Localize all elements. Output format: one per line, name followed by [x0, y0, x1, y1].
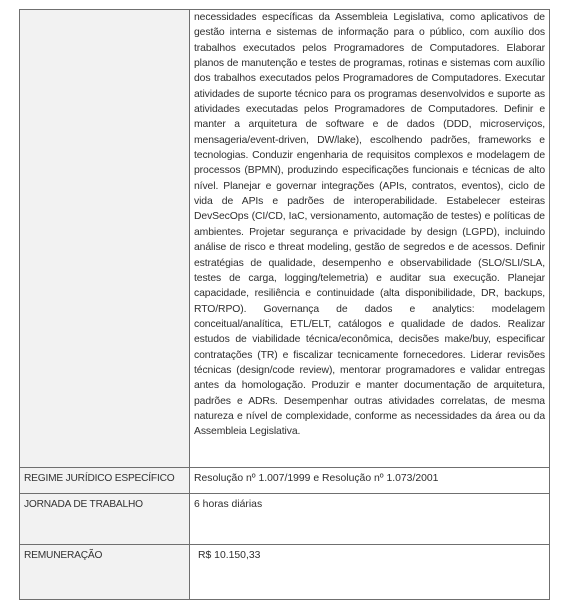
row-label-jornada: JORNADA DE TRABALHO	[20, 494, 190, 545]
row-value-regime: Resolução nº 1.007/1999 e Resolução nº 1…	[190, 468, 550, 494]
table-row-description: necessidades específicas da Assembleia L…	[20, 10, 550, 468]
remuneracao-value-text: R$ 10.150,33	[190, 545, 549, 561]
row-label-regime: REGIME JURÍDICO ESPECÍFICO	[20, 468, 190, 494]
regime-value-text: Resolução nº 1.007/1999 e Resolução nº 1…	[190, 468, 549, 484]
row-label-empty	[20, 10, 190, 468]
job-details-table: necessidades específicas da Assembleia L…	[19, 9, 550, 600]
duties-description-text: necessidades específicas da Assembleia L…	[190, 10, 549, 442]
table-row-jornada: JORNADA DE TRABALHO 6 horas diárias	[20, 494, 550, 545]
row-value-jornada: 6 horas diárias	[190, 494, 550, 545]
table-row-remuneracao: REMUNERAÇÃO R$ 10.150,33	[20, 545, 550, 600]
row-label-remuneracao: REMUNERAÇÃO	[20, 545, 190, 600]
row-value-description: necessidades específicas da Assembleia L…	[190, 10, 550, 468]
jornada-value-text: 6 horas diárias	[190, 494, 549, 510]
row-value-remuneracao: R$ 10.150,33	[190, 545, 550, 600]
table-row-regime: REGIME JURÍDICO ESPECÍFICO Resolução nº …	[20, 468, 550, 494]
